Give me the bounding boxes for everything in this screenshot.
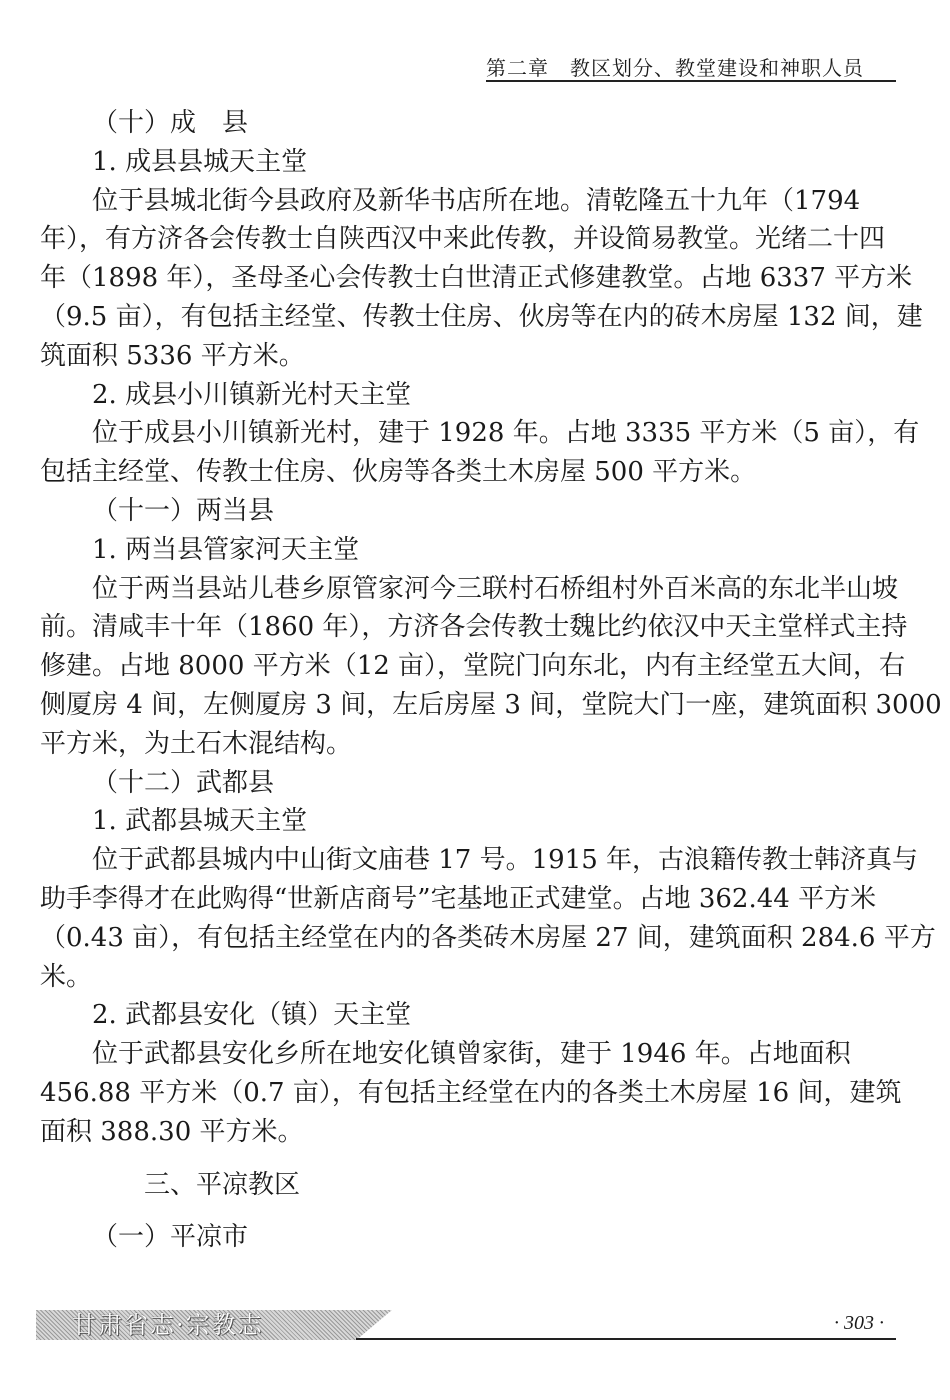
running-header: 第二章 教区划分、教堂建设和神职人员	[486, 52, 896, 82]
section-heading-pingliang-city: （一）平凉市	[40, 1218, 896, 1257]
paragraph-line: 位于武都县城内中山街文庙巷 17 号。1915 年，古浪籍传教士韩济真与	[40, 841, 896, 880]
footer-rule	[356, 1338, 896, 1340]
paragraph-line: （0.43 亩），有包括主经堂在内的各类砖木房屋 27 间，建筑面积 284.6…	[40, 919, 896, 958]
page-footer: 甘肃省志·宗教志 · 303 ·	[36, 1310, 896, 1342]
subsection-title: 2. 成县小川镇新光村天主堂	[40, 376, 896, 415]
paragraph-line: 前。清咸丰十年（1860 年），方济各会传教士魏比约依汉中天主堂样式主持	[40, 608, 896, 647]
paragraph-line: 年（1898 年），圣母圣心会传教士白世清正式修建教堂。占地 6337 平方米	[40, 259, 896, 298]
section-heading-chengxian: （十）成 县	[40, 104, 896, 143]
section-heading-liangdang: （十一）两当县	[40, 492, 896, 531]
paragraph-line: 筑面积 5336 平方米。	[40, 337, 896, 376]
subsection-title: 1. 武都县城天主堂	[40, 802, 896, 841]
subsection-title: 1. 两当县管家河天主堂	[40, 531, 896, 570]
paragraph-line: 位于武都县安化乡所在地安化镇曾家街，建于 1946 年。占地面积	[40, 1035, 896, 1074]
running-title: 第二章 教区划分、教堂建设和神职人员	[486, 52, 896, 81]
paragraph-line: 修建。占地 8000 平方米（12 亩），堂院门向东北，内有主经堂五大间，右	[40, 647, 896, 686]
paragraph-line: 平方米，为土石木混结构。	[40, 725, 896, 764]
paragraph-line: 年），有方济各会传教士自陕西汉中来此传教，并设简易教堂。光绪二十四	[40, 220, 896, 259]
paragraph-line: 面积 388.30 平方米。	[40, 1113, 896, 1152]
page-number: · 303 ·	[834, 1312, 884, 1335]
spacer	[40, 1204, 896, 1218]
paragraph-line: 米。	[40, 958, 896, 997]
page-body: （十）成 县 1. 成县县城天主堂 位于县城北街今县政府及新华书店所在地。清乾隆…	[40, 104, 896, 1257]
paragraph-line: 位于两当县站儿巷乡原管家河今三联村石桥组村外百米高的东北半山坡	[40, 570, 896, 609]
paragraph-line: 位于县城北街今县政府及新华书店所在地。清乾隆五十九年（1794	[40, 182, 896, 221]
paragraph-line: （9.5 亩），有包括主经堂、传教士住房、伙房等在内的砖木房屋 132 间，建	[40, 298, 896, 337]
subsection-title: 1. 成县县城天主堂	[40, 143, 896, 182]
paragraph-line: 456.88 平方米（0.7 亩），有包括主经堂在内的各类土木房屋 16 间，建…	[40, 1074, 896, 1113]
spacer	[40, 1152, 896, 1166]
section-heading-wudu: （十二）武都县	[40, 764, 896, 803]
part-heading-pingliang: 三、平凉教区	[40, 1166, 896, 1205]
subsection-title: 2. 武都县安化（镇）天主堂	[40, 996, 896, 1035]
header-rule	[486, 80, 896, 82]
paragraph-line: 位于成县小川镇新光村，建于 1928 年。占地 3335 平方米（5 亩），有	[40, 414, 896, 453]
paragraph-line: 侧厦房 4 间，左侧厦房 3 间，左后房屋 3 间，堂院大门一座，建筑面积 30…	[40, 686, 896, 725]
paragraph-line: 助手李得才在此购得“世新店商号”宅基地正式建堂。占地 362.44 平方米	[40, 880, 896, 919]
book-title: 甘肃省志·宗教志	[72, 1310, 264, 1340]
paragraph-line: 包括主经堂、传教士住房、伙房等各类土木房屋 500 平方米。	[40, 453, 896, 492]
